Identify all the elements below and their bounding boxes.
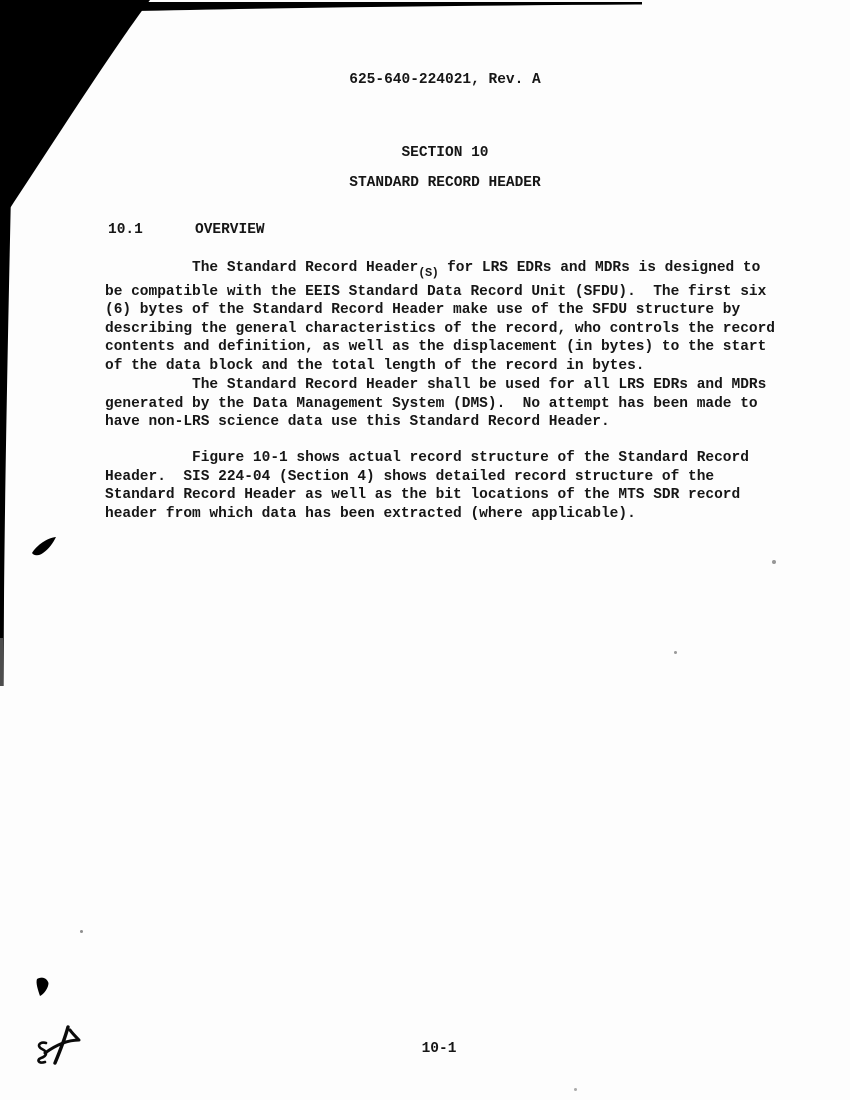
scan-speck xyxy=(772,560,776,564)
paragraph-2-line-2: generated by the Data Management System … xyxy=(105,395,785,414)
paragraph-1-line-1-post: for LRS EDRs and MDRs is designed to xyxy=(438,260,760,276)
handwritten-mark-84 xyxy=(38,1027,79,1063)
paragraph-1-line-3: (6) bytes of the Standard Record Header … xyxy=(105,301,785,320)
overview-heading-number: 10.1 xyxy=(108,221,195,240)
paragraph-1: The Standard Record Header(S) for LRS ED… xyxy=(105,259,785,375)
section-heading: SECTION 10 xyxy=(105,144,785,163)
scan-speck xyxy=(574,1088,577,1091)
page-number: 10-1 xyxy=(99,1040,779,1059)
section-heading-text: SECTION 10 xyxy=(401,145,488,161)
paragraph-1-line-2: be compatible with the EEIS Standard Dat… xyxy=(105,283,785,302)
overview-heading-title: OVERVIEW xyxy=(195,222,265,238)
scan-speck xyxy=(674,651,677,654)
document-number-text: 625-640-224021, Rev. A xyxy=(349,72,540,88)
paragraph-1-line-1-pre: The Standard Record Header xyxy=(105,260,418,276)
pen-swoosh-mark xyxy=(32,537,56,555)
overview-heading: 10.1OVERVIEW xyxy=(108,221,788,240)
scanned-document-page: 625-640-224021, Rev. A SECTION 10 STANDA… xyxy=(0,0,850,1100)
section-title: STANDARD RECORD HEADER xyxy=(105,174,785,193)
paragraph-3-line-1: Figure 10-1 shows actual record structur… xyxy=(105,449,785,468)
paragraph-2-line-3: have non-LRS science data use this Stand… xyxy=(105,413,785,432)
paragraph-1-line-6: of the data block and the total length o… xyxy=(105,357,785,376)
top-edge-scan-strip xyxy=(96,2,642,12)
paragraph-3-line-3: Standard Record Header as well as the bi… xyxy=(105,486,785,505)
paragraph-2-line-1: The Standard Record Header shall be used… xyxy=(105,376,785,395)
paragraph-1-line-5: contents and definition, as well as the … xyxy=(105,338,785,357)
document-number: 625-640-224021, Rev. A xyxy=(105,71,785,90)
paragraph-1-subscript: (S) xyxy=(418,266,438,280)
section-title-text: STANDARD RECORD HEADER xyxy=(349,175,540,191)
paragraph-1-line-1: The Standard Record Header(S) for LRS ED… xyxy=(105,259,785,283)
paragraph-2: The Standard Record Header shall be used… xyxy=(105,376,785,432)
scan-artifacts xyxy=(0,0,850,1100)
page-number-text: 10-1 xyxy=(422,1041,457,1057)
left-edge-strip-fade xyxy=(0,638,3,686)
ink-blob-mark xyxy=(37,978,49,996)
left-edge-scan-strip xyxy=(0,193,11,686)
paragraph-3-line-4: header from which data has been extracte… xyxy=(105,505,785,524)
paragraph-3-line-2: Header. SIS 224-04 (Section 4) shows det… xyxy=(105,468,785,487)
paragraph-3: Figure 10-1 shows actual record structur… xyxy=(105,449,785,523)
paragraph-1-line-4: describing the general characteristics o… xyxy=(105,320,785,339)
scan-speck xyxy=(80,930,83,933)
